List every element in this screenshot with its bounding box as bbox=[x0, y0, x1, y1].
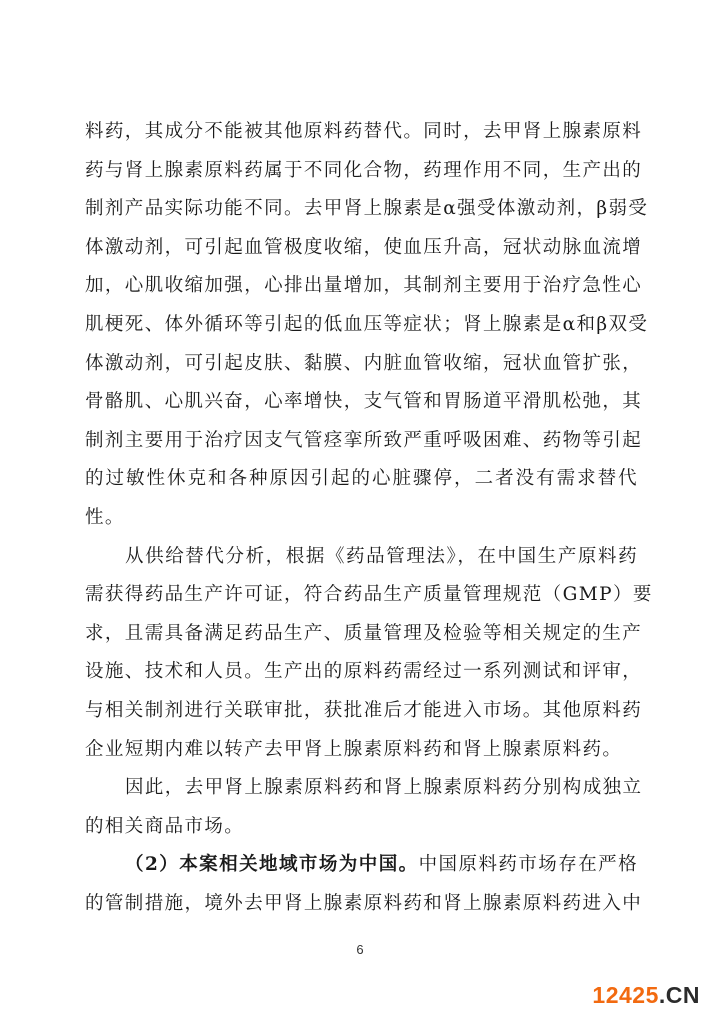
text-line: 的相关商品市场。 bbox=[85, 808, 638, 847]
watermark-number: 12425 bbox=[592, 982, 658, 1008]
text-line: 需获得药品生产许可证，符合药品生产质量管理规范（GMP）要 bbox=[85, 576, 638, 615]
text-line: 体激动剂，可引起血管极度收缩，使血压升高，冠状动脉血流增 bbox=[85, 229, 638, 268]
paragraph-start-line: 因此，去甲肾上腺素原料药和肾上腺素原料药分别构成独立 bbox=[85, 769, 638, 808]
text-line: 制剂主要用于治疗因支气管痉挛所致严重呼吸困难、药物等引起 bbox=[85, 422, 638, 461]
text-line: 与相关制剂进行关联审批，获批准后才能进入市场。其他原料药 bbox=[85, 692, 638, 731]
text-line: 制剂产品实际功能不同。去甲肾上腺素是α强受体激动剂，β弱受 bbox=[85, 190, 638, 229]
text-line: 企业短期内难以转产去甲肾上腺素原料药和肾上腺素原料药。 bbox=[85, 731, 638, 770]
text-line: 的过敏性休克和各种原因引起的心脏骤停，二者没有需求替代 bbox=[85, 460, 638, 499]
text-line: 设施、技术和人员。生产出的原料药需经过一系列测试和评审， bbox=[85, 653, 638, 692]
text-line: 性。 bbox=[85, 499, 638, 538]
page-number: 6 bbox=[0, 942, 720, 957]
document-page: 料药，其成分不能被其他原料药替代。同时，去甲肾上腺素原料 药与肾上腺素原料药属于… bbox=[0, 0, 720, 1018]
text-line: 肌梗死、体外循环等引起的低血压等症状；肾上腺素是α和β双受 bbox=[85, 306, 638, 345]
text-line: 的管制措施，境外去甲肾上腺素原料药和肾上腺素原料药进入中 bbox=[85, 885, 638, 924]
text-line: 料药，其成分不能被其他原料药替代。同时，去甲肾上腺素原料 bbox=[85, 113, 638, 152]
section-heading-rest: 中国原料药市场存在严格 bbox=[419, 854, 638, 875]
site-watermark: 12425.CN bbox=[592, 982, 700, 1009]
paragraph-start-line: 从供给替代分析，根据《药品管理法》，在中国生产原料药 bbox=[85, 538, 638, 577]
section-heading: （2）本案相关地域市场为中国。 bbox=[125, 854, 419, 875]
text-line: 药与肾上腺素原料药属于不同化合物，药理作用不同，生产出的 bbox=[85, 152, 638, 191]
text-line: 加，心肌收缩加强，心排出量增加，其制剂主要用于治疗急性心 bbox=[85, 267, 638, 306]
watermark-domain: .CN bbox=[659, 982, 700, 1008]
text-line: 骨骼肌、心肌兴奋，心率增快，支气管和胃肠道平滑肌松弛，其 bbox=[85, 383, 638, 422]
document-body: 料药，其成分不能被其他原料药替代。同时，去甲肾上腺素原料 药与肾上腺素原料药属于… bbox=[85, 113, 638, 923]
text-line: 体激动剂，可引起皮肤、黏膜、内脏血管收缩，冠状血管扩张， bbox=[85, 345, 638, 384]
section-heading-line: （2）本案相关地域市场为中国。中国原料药市场存在严格 bbox=[85, 846, 638, 885]
text-line: 求，且需具备满足药品生产、质量管理及检验等相关规定的生产 bbox=[85, 615, 638, 654]
